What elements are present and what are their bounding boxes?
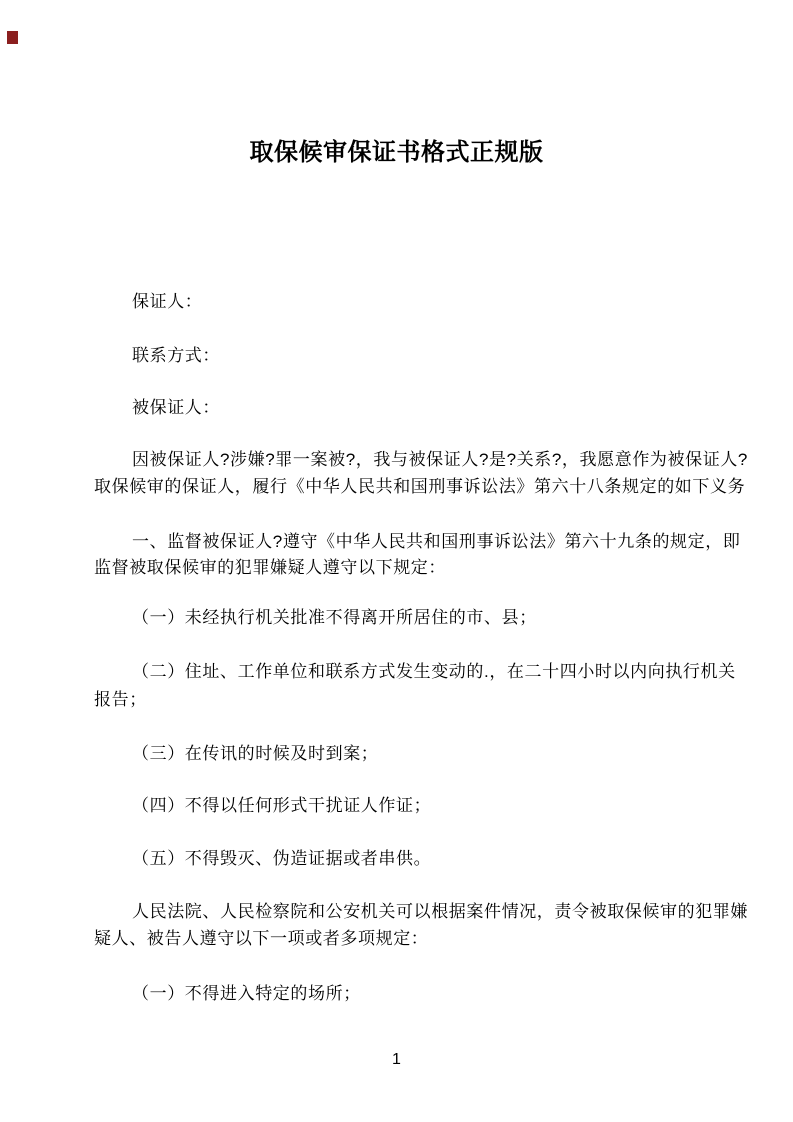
intro-paragraph-line-2: 取保候审的保证人，履行《中华人民共和国刑事诉讼法》第六十八条规定的如下义务 — [94, 477, 745, 497]
order-paragraph-line-1: 人民法院、人民检察院和公安机关可以根据案件情况，责令被取保候审的犯罪嫌 — [132, 902, 748, 922]
rule-item-3: （三）在传讯的时候及时到案； — [132, 744, 378, 764]
document-page: 取保候审保证书格式正规版 保证人： 联系方式： 被保证人： 因被保证人?涉嫌?罪… — [0, 0, 793, 1122]
guaranteed-person-label: 被保证人： — [132, 398, 220, 418]
rule-item-4: （四）不得以任何形式干扰证人作证； — [132, 796, 431, 816]
order-paragraph-line-2: 疑人、被告人遵守以下一项或者多项规定： — [94, 929, 428, 949]
rule-item-1: （一）未经执行机关批准不得离开所居住的市、县； — [132, 608, 537, 628]
rule-item-2-line-2: 报告； — [94, 690, 147, 710]
rule-item-5: （五）不得毁灭、伪造证据或者串供。 — [132, 849, 431, 869]
page-number: 1 — [0, 1051, 793, 1069]
corner-marker — [7, 31, 18, 44]
contact-label: 联系方式： — [132, 346, 220, 366]
guarantor-label: 保证人： — [132, 292, 202, 312]
document-title: 取保候审保证书格式正规版 — [0, 140, 793, 166]
rule-item-2-line-1: （二）住址、工作单位和联系方式发生变动的.，在二十四小时以内向执行机关 — [132, 662, 736, 682]
intro-paragraph-line-1: 因被保证人?涉嫌?罪一案被?，我与被保证人?是?关系?，我愿意作为被保证人? — [132, 450, 748, 470]
duty-paragraph-line-2: 监督被取保候审的犯罪嫌疑人遵守以下规定： — [94, 558, 446, 578]
duty-paragraph-line-1: 一、监督被保证人?遵守《中华人民共和国刑事诉讼法》第六十九条的规定，即 — [132, 532, 740, 552]
order-rule-item-1: （一）不得进入特定的场所； — [132, 984, 361, 1004]
